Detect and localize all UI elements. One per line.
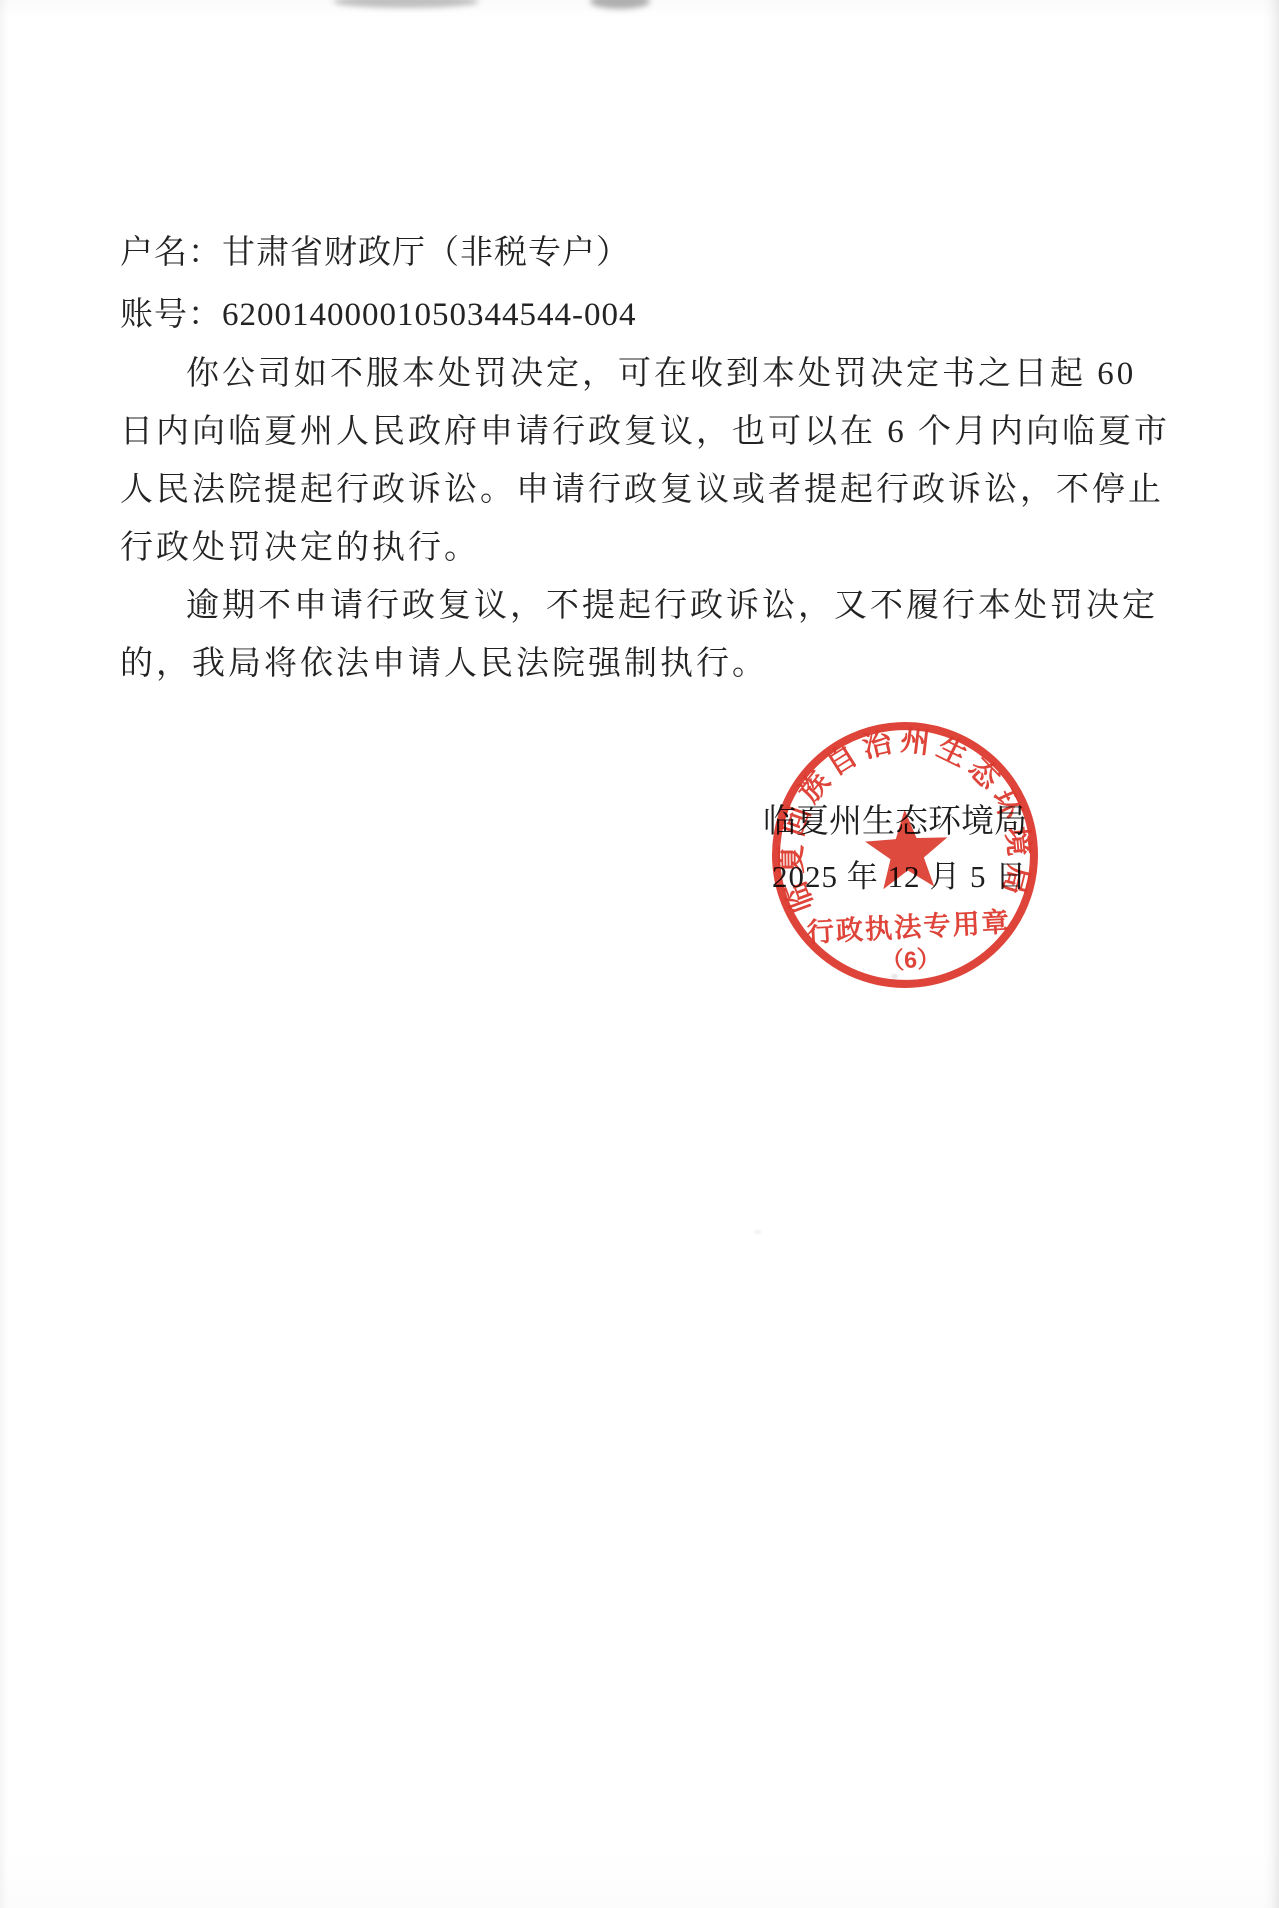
account-number-line: 账号：62001400001050344544-004 [120,288,637,335]
enforcement-paragraph-line: 的，我局将依法申请人民法院强制执行。 [120,637,768,684]
scan-edge-shadow-left [0,0,8,1908]
seal-star-icon [863,807,949,890]
official-seal-graphic: 临夏回族自治州生态环境局 行政执法专用章 （6） [763,713,1047,997]
seal-number-text: （6） [880,945,940,974]
enforcement-paragraph-line: 逾期不申请行政复议，不提起行政诉讼，又不履行本处罚决定 [120,579,1158,626]
scanned-document-page: 户名：甘肃省财政厅（非税专户） 账号：62001400001050344544-… [0,0,1279,1908]
official-seal: 临夏回族自治州生态环境局 行政执法专用章 （6） [763,713,1047,997]
appeal-paragraph-line: 行政处罚决定的执行。 [120,521,480,568]
scan-edge-shadow-right [1263,0,1279,1908]
appeal-paragraph-line: 人民法院提起行政诉讼。申请行政复议或者提起行政诉讼，不停止 [120,463,1164,510]
appeal-paragraph-line: 你公司如不服本处罚决定，可在收到本处罚决定书之日起 60 [120,347,1136,394]
scan-smudge [333,0,479,8]
scan-smudge [590,0,650,9]
appeal-paragraph-line: 日内向临夏州人民政府申请行政复议，也可以在 6 个月内向临夏市 [120,405,1170,452]
scan-speck [755,1230,761,1234]
account-name-line: 户名：甘肃省财政厅（非税专户） [120,226,630,273]
seal-center-text: 行政执法专用章 [806,906,1012,948]
